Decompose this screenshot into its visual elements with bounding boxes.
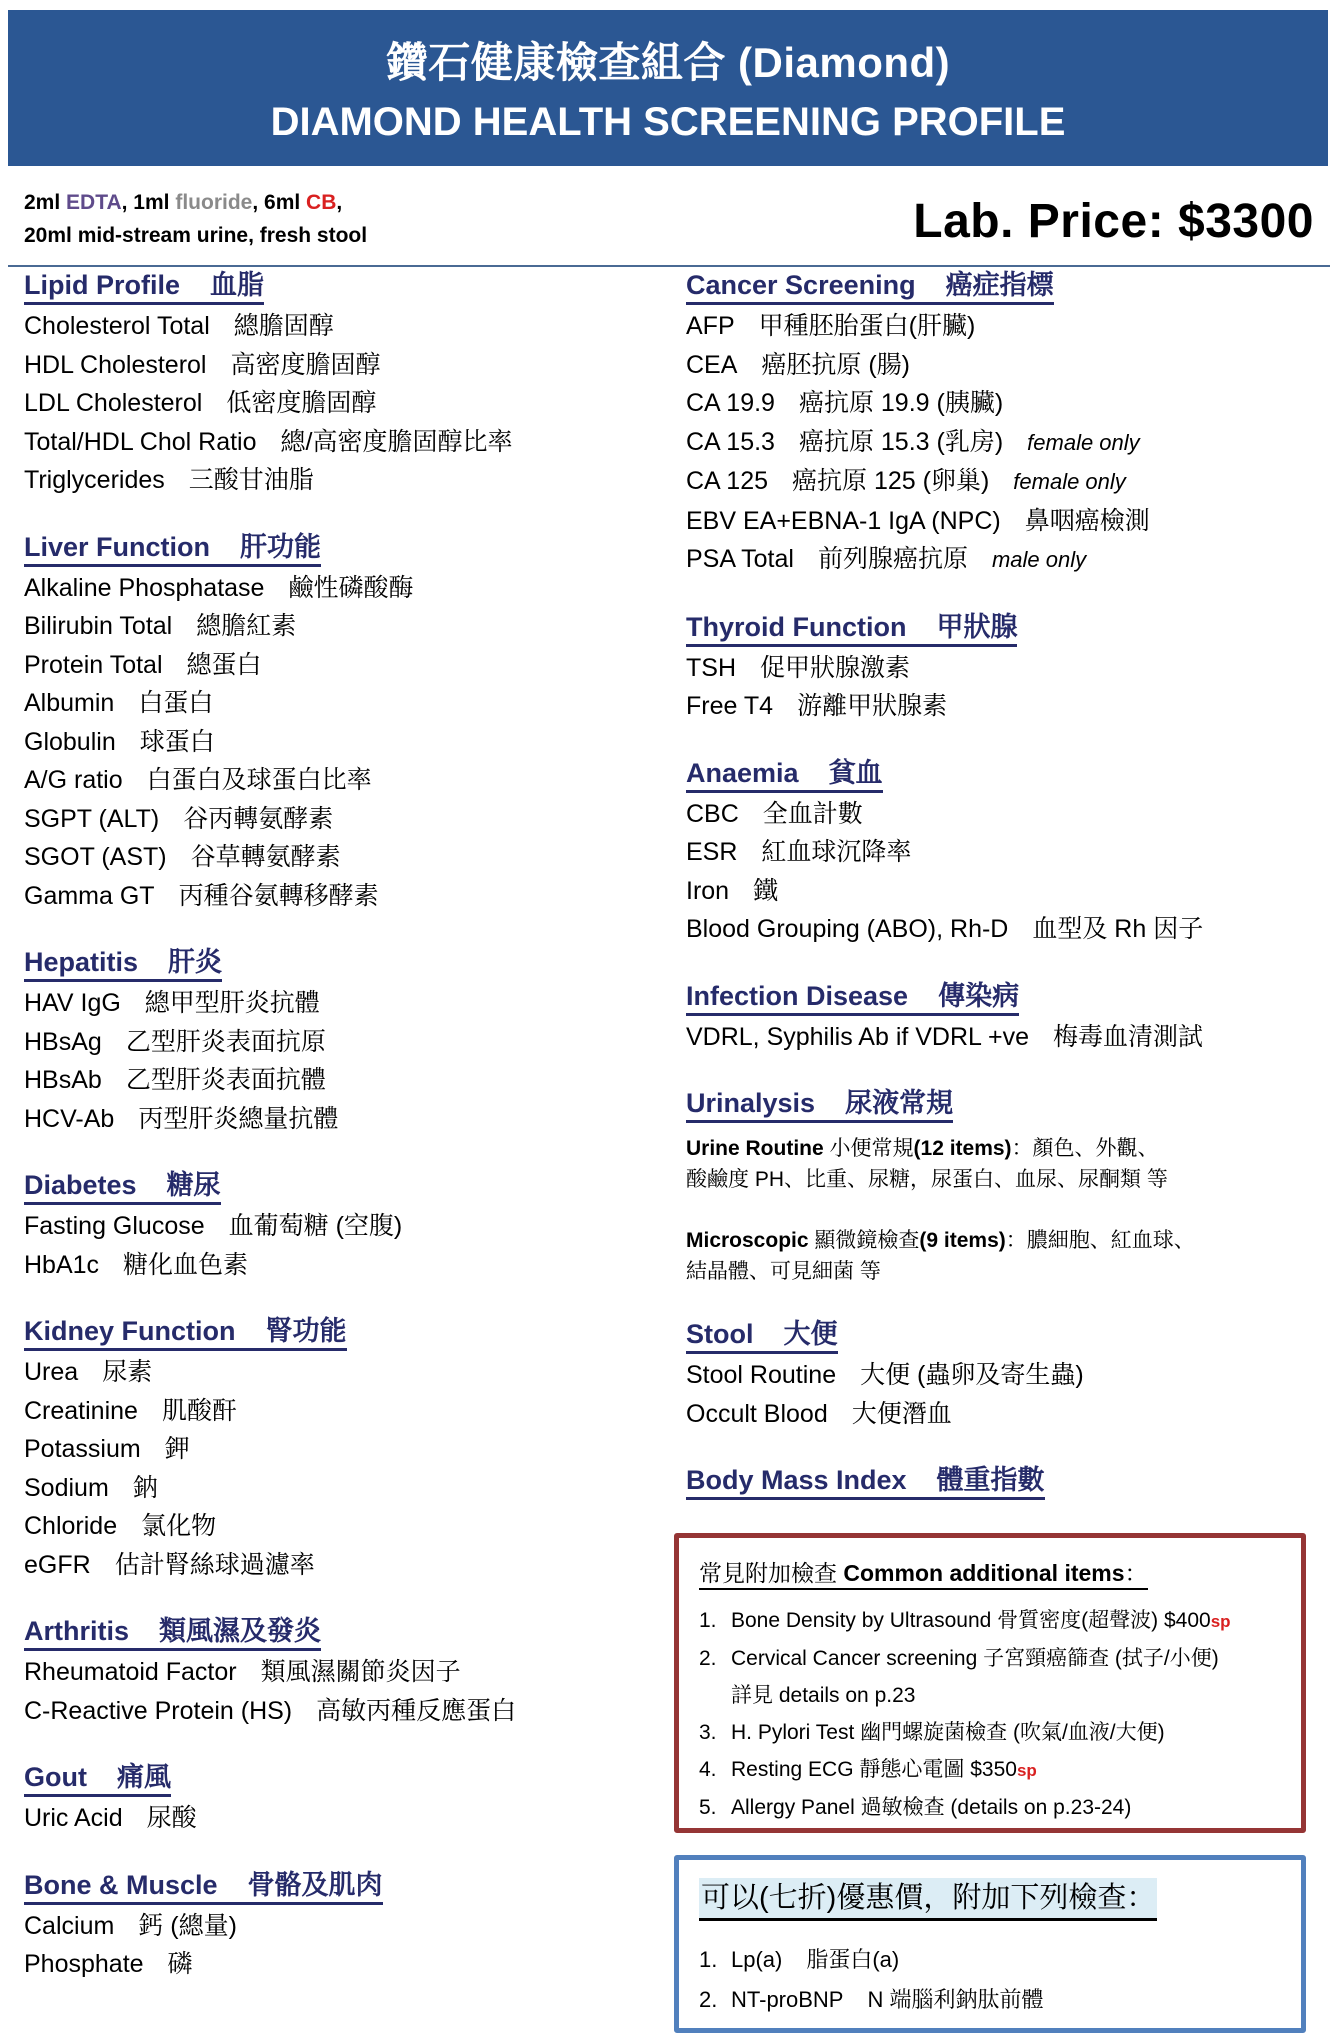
item-text: Resting ECG 靜態心電圖 $350 bbox=[731, 1758, 1017, 1781]
test-name-zh: 總蛋白 bbox=[187, 651, 262, 679]
specimen-line-1: 2ml EDTA, 1ml fluoride, 6ml CB, bbox=[24, 186, 367, 219]
item-name-en: NT-proBNP bbox=[731, 1980, 843, 2020]
section-title: Kidney Function腎功能 bbox=[24, 1314, 347, 1351]
item-number: 3. bbox=[699, 1714, 731, 1751]
section-lipid-profile: Lipid Profile血脂 Cholesterol Total總膽固醇 HD… bbox=[24, 268, 654, 500]
specimen-edta: EDTA bbox=[66, 191, 122, 214]
section-thyroid-function: Thyroid Function甲狀腺 TSH促甲狀腺激素 Free T4游離甲… bbox=[686, 610, 1326, 726]
section-title-zh: 血脂 bbox=[210, 270, 264, 300]
item-text: 詳見 details on p.23 bbox=[731, 1677, 915, 1714]
section-title: Cancer Screening癌症指標 bbox=[686, 268, 1054, 305]
test-name-en: HCV-Ab bbox=[24, 1105, 114, 1133]
test-item: Triglycerides三酸甘油脂 bbox=[24, 461, 654, 500]
specimen-requirements: 2ml EDTA, 1ml fluoride, 6ml CB, 20ml mid… bbox=[24, 186, 367, 252]
test-item: Uric Acid尿酸 bbox=[24, 1799, 654, 1838]
item-number: 2. bbox=[699, 1640, 731, 1677]
urine-microscopic: Microscopic 顯微鏡檢查(9 items)：膿細胞、紅血球、 結晶體、… bbox=[686, 1225, 1326, 1287]
section-anaemia: Anaemia貧血 CBC全血計數 ESR紅血球沉降率 Iron鐵 Blood … bbox=[686, 756, 1326, 949]
item-number: 4. bbox=[699, 1751, 731, 1789]
item-number: 1. bbox=[699, 1940, 731, 1980]
common-additional-list: 1.Bone Density by Ultrasound 骨質密度(超聲波) $… bbox=[699, 1602, 1289, 1826]
test-name-en: CA 15.3 bbox=[686, 428, 775, 456]
test-item: CA 19.9癌抗原 19.9 (胰臟) bbox=[686, 384, 1326, 423]
section-title: Lipid Profile血脂 bbox=[24, 268, 264, 305]
section-liver-function: Liver Function肝功能 Alkaline Phosphatase鹼性… bbox=[24, 530, 654, 916]
test-item: Protein Total總蛋白 bbox=[24, 646, 654, 685]
test-name-en: Chloride bbox=[24, 1512, 117, 1540]
test-name-zh: 紅血球沉降率 bbox=[761, 838, 911, 866]
item-number: 1. bbox=[699, 1602, 731, 1640]
test-name-zh: 鹼性磷酸酶 bbox=[288, 574, 413, 602]
test-item: CEA癌胚抗原 (腸) bbox=[686, 346, 1326, 385]
test-item: CA 15.3癌抗原 15.3 (乳房)female only bbox=[686, 423, 1326, 463]
test-name-zh: 癌抗原 125 (卵巢) bbox=[792, 467, 989, 495]
section-title: Stool大便 bbox=[686, 1317, 838, 1354]
section-title: Bone & Muscle骨骼及肌肉 bbox=[24, 1868, 383, 1905]
test-name-zh: 谷丙轉氨酵素 bbox=[183, 805, 333, 833]
section-title-zh: 骨骼及肌肉 bbox=[248, 1870, 383, 1900]
section-gout: Gout痛風 Uric Acid尿酸 bbox=[24, 1760, 654, 1838]
test-item: TSH促甲狀腺激素 bbox=[686, 649, 1326, 688]
test-name-zh: 白蛋白 bbox=[138, 689, 213, 717]
title-english: DIAMOND HEALTH SCREENING PROFILE bbox=[8, 100, 1328, 145]
section-hepatitis: Hepatitis肝炎 HAV IgG總甲型肝炎抗體 HBsAg乙型肝炎表面抗原… bbox=[24, 945, 654, 1138]
test-name-zh: 總/高密度膽固醇比率 bbox=[281, 428, 513, 456]
test-name-en: HAV IgG bbox=[24, 989, 121, 1017]
test-item: LDL Cholesterol低密度膽固醇 bbox=[24, 384, 654, 423]
test-item: Occult Blood大便潛血 bbox=[686, 1395, 1326, 1434]
test-name-zh: 血葡萄糖 (空腹) bbox=[229, 1212, 403, 1240]
test-name-zh: 鼻咽癌檢測 bbox=[1025, 507, 1150, 535]
section-title-zh: 肝炎 bbox=[168, 947, 222, 977]
test-name-en: Albumin bbox=[24, 689, 114, 717]
test-name-en: SGOT (AST) bbox=[24, 843, 167, 871]
test-name-zh: 癌抗原 15.3 (乳房) bbox=[799, 428, 1003, 456]
section-title: Anaemia貧血 bbox=[686, 756, 883, 793]
test-name-en: ESR bbox=[686, 838, 737, 866]
section-bone-muscle: Bone & Muscle骨骼及肌肉 Calcium鈣 (總量) Phospha… bbox=[24, 1868, 654, 1984]
section-title-en: Diabetes bbox=[24, 1170, 137, 1200]
test-item: Bilirubin Total總膽紅素 bbox=[24, 607, 654, 646]
test-name-zh: 總膽紅素 bbox=[196, 612, 296, 640]
test-name-en: Protein Total bbox=[24, 651, 163, 679]
section-title-en: Infection Disease bbox=[686, 981, 908, 1011]
section-title: Urinalysis尿液常規 bbox=[686, 1086, 953, 1123]
test-name-en: LDL Cholesterol bbox=[24, 389, 202, 417]
item-text: Allergy Panel 過敏檢查 (details on p.23-24) bbox=[731, 1789, 1131, 1826]
section-title-zh: 痛風 bbox=[117, 1762, 171, 1792]
test-name-zh: 全血計數 bbox=[763, 800, 863, 828]
section-title-zh: 糖尿 bbox=[167, 1170, 221, 1200]
test-name-en: Occult Blood bbox=[686, 1400, 828, 1428]
test-name-zh: 大便 (蟲卵及寄生蟲) bbox=[860, 1361, 1084, 1389]
colon: ： bbox=[1125, 1560, 1148, 1586]
section-title-zh: 尿液常規 bbox=[845, 1088, 953, 1118]
test-name-en: HbA1c bbox=[24, 1251, 99, 1279]
item-text: Bone Density by Ultrasound 骨質密度(超聲波) $40… bbox=[731, 1609, 1211, 1632]
test-item: EBV EA+EBNA-1 IgA (NPC)鼻咽癌檢測 bbox=[686, 502, 1326, 541]
test-item: A/G ratio白蛋白及球蛋白比率 bbox=[24, 761, 654, 800]
test-item: PSA Total前列腺癌抗原male only bbox=[686, 540, 1326, 580]
section-title: Diabetes糖尿 bbox=[24, 1168, 221, 1205]
specimen-cb: CB bbox=[306, 191, 336, 214]
specimen-fluoride: fluoride bbox=[175, 191, 252, 214]
test-item: HBsAb乙型肝炎表面抗體 bbox=[24, 1061, 654, 1100]
test-name-zh: 總膽固醇 bbox=[234, 312, 334, 340]
test-name-zh: 丙種谷氨轉移酵素 bbox=[179, 882, 379, 910]
test-name-zh: 三酸甘油脂 bbox=[189, 466, 314, 494]
test-name-en: CA 19.9 bbox=[686, 389, 775, 417]
test-name-zh: 糖化血色素 bbox=[123, 1251, 248, 1279]
title-banner: 鑽石健康檢查組合 (Diamond) DIAMOND HEALTH SCREEN… bbox=[8, 10, 1328, 166]
test-item: Potassium鉀 bbox=[24, 1430, 654, 1469]
section-cancer-screening: Cancer Screening癌症指標 AFP甲種胚胎蛋白(肝臟) CEA癌胚… bbox=[686, 268, 1326, 580]
test-name-en: CA 125 bbox=[686, 467, 768, 495]
urine-routine-line-2: 酸鹼度 PH、比重、尿糖，尿蛋白、血尿、尿酮類 等 bbox=[686, 1164, 1326, 1195]
test-item: Alkaline Phosphatase鹼性磷酸酶 bbox=[24, 569, 654, 608]
section-urinalysis: Urinalysis尿液常規 Urine Routine 小便常規(12 ite… bbox=[686, 1086, 1326, 1287]
test-item: Albumin白蛋白 bbox=[24, 684, 654, 723]
test-item: Iron鐵 bbox=[686, 872, 1326, 911]
test-name-zh: 高密度膽固醇 bbox=[230, 351, 380, 379]
test-name-zh: 梅毒血清測試 bbox=[1053, 1023, 1203, 1051]
test-name-en: AFP bbox=[686, 312, 735, 340]
common-additional-items-box: 常見附加檢查 Common additional items： 1.Bone D… bbox=[674, 1533, 1306, 1833]
test-name-en: HDL Cholesterol bbox=[24, 351, 206, 379]
additional-item: 5.Allergy Panel 過敏檢查 (details on p.23-24… bbox=[699, 1789, 1289, 1826]
test-item: Phosphate磷 bbox=[24, 1945, 654, 1984]
urine-routine-label-zh: 小便常規 bbox=[824, 1137, 914, 1160]
test-name-zh: 類風濕關節炎因子 bbox=[261, 1658, 461, 1686]
common-additional-title-zh: 常見附加檢查 bbox=[699, 1560, 837, 1586]
section-infection-disease: Infection Disease傳染病 VDRL, Syphilis Ab i… bbox=[686, 979, 1326, 1057]
test-item: Total/HDL Chol Ratio總/高密度膽固醇比率 bbox=[24, 423, 654, 462]
test-name-en: CBC bbox=[686, 800, 739, 828]
section-title-en: Anaemia bbox=[686, 758, 799, 788]
section-title: Gout痛風 bbox=[24, 1760, 171, 1797]
common-additional-title-en: Common additional items bbox=[837, 1560, 1125, 1586]
gender-note: male only bbox=[992, 547, 1086, 572]
urine-routine-list: ：顏色、外觀、 bbox=[1012, 1137, 1159, 1160]
header-divider bbox=[8, 265, 1330, 267]
additional-item: 2.Cervical Cancer screening 子宮頸癌篩查 (拭子/小… bbox=[699, 1640, 1289, 1677]
test-name-en: Stool Routine bbox=[686, 1361, 836, 1389]
test-item: SGOT (AST)谷草轉氨酵素 bbox=[24, 838, 654, 877]
section-title: Body Mass Index體重指數 bbox=[686, 1463, 1045, 1500]
test-name-en: Rheumatoid Factor bbox=[24, 1658, 237, 1686]
test-item: Globulin球蛋白 bbox=[24, 723, 654, 762]
item-name-en: Lp(a) bbox=[731, 1940, 782, 1980]
special-price-marker: sp bbox=[1211, 1612, 1231, 1631]
test-name-en: VDRL, Syphilis Ab if VDRL +ve bbox=[686, 1023, 1029, 1051]
section-title-en: Stool bbox=[686, 1319, 754, 1349]
section-title: Arthritis類風濕及發炎 bbox=[24, 1614, 321, 1651]
section-title-zh: 貧血 bbox=[829, 758, 883, 788]
test-name-zh: 前列腺癌抗原 bbox=[818, 545, 968, 573]
section-title: Hepatitis肝炎 bbox=[24, 945, 222, 982]
test-item: Fasting Glucose血葡萄糖 (空腹) bbox=[24, 1207, 654, 1246]
test-name-en: Bilirubin Total bbox=[24, 612, 172, 640]
additional-item-continuation: 詳見 details on p.23 bbox=[699, 1677, 1289, 1714]
test-name-en: SGPT (ALT) bbox=[24, 805, 159, 833]
test-item: HAV IgG總甲型肝炎抗體 bbox=[24, 984, 654, 1023]
test-name-zh: 谷草轉氨酵素 bbox=[191, 843, 341, 871]
test-item: Sodium鈉 bbox=[24, 1469, 654, 1508]
additional-item: 1.Bone Density by Ultrasound 骨質密度(超聲波) $… bbox=[699, 1602, 1289, 1640]
section-title-en: Urinalysis bbox=[686, 1088, 815, 1118]
test-item: HbA1c糖化血色素 bbox=[24, 1246, 654, 1285]
section-title-en: Kidney Function bbox=[24, 1316, 236, 1346]
section-title-zh: 傳染病 bbox=[938, 981, 1019, 1011]
test-name-en: Triglycerides bbox=[24, 466, 165, 494]
microscopic-label: Microscopic bbox=[686, 1229, 809, 1252]
test-name-en: Blood Grouping (ABO), Rh-D bbox=[686, 915, 1008, 943]
right-column: Cancer Screening癌症指標 AFP甲種胚胎蛋白(肝臟) CEA癌胚… bbox=[686, 268, 1326, 1532]
test-item: Chloride氯化物 bbox=[24, 1507, 654, 1546]
test-name-en: Cholesterol Total bbox=[24, 312, 210, 340]
specimen-text: , 1ml bbox=[122, 191, 176, 214]
test-name-en: Fasting Glucose bbox=[24, 1212, 205, 1240]
test-name-zh: 高敏丙種反應蛋白 bbox=[316, 1697, 516, 1725]
test-name-en: HBsAb bbox=[24, 1066, 102, 1094]
specimen-text: , bbox=[336, 191, 342, 214]
test-name-zh: 低密度膽固醇 bbox=[226, 389, 376, 417]
test-name-zh: 甲種胚胎蛋白(肝臟) bbox=[759, 312, 976, 340]
section-title-zh: 體重指數 bbox=[937, 1465, 1045, 1495]
test-name-zh: 尿酸 bbox=[147, 1804, 197, 1832]
test-name-en: CEA bbox=[686, 351, 737, 379]
section-title-en: Lipid Profile bbox=[24, 270, 180, 300]
test-name-en: TSH bbox=[686, 654, 736, 682]
discount-addon-title: 可以(七折)優惠價，附加下列檢查： bbox=[699, 1878, 1157, 1921]
test-item: HCV-Ab丙型肝炎總量抗體 bbox=[24, 1100, 654, 1139]
section-title-en: Arthritis bbox=[24, 1616, 129, 1646]
urine-routine-count: (12 items) bbox=[914, 1137, 1012, 1160]
test-item: Gamma GT丙種谷氨轉移酵素 bbox=[24, 877, 654, 916]
test-name-en: Total/HDL Chol Ratio bbox=[24, 428, 257, 456]
test-name-en: HBsAg bbox=[24, 1028, 102, 1056]
title-chinese: 鑽石健康檢查組合 (Diamond) bbox=[8, 30, 1328, 90]
test-name-zh: 磷 bbox=[168, 1950, 193, 1978]
test-item: Blood Grouping (ABO), Rh-D血型及 Rh 因子 bbox=[686, 910, 1326, 949]
test-name-en: Free T4 bbox=[686, 692, 773, 720]
test-item: Rheumatoid Factor類風濕關節炎因子 bbox=[24, 1653, 654, 1692]
test-name-en: A/G ratio bbox=[24, 766, 123, 794]
test-name-en: Uric Acid bbox=[24, 1804, 123, 1832]
test-item: HBsAg乙型肝炎表面抗原 bbox=[24, 1023, 654, 1062]
section-title-en: Thyroid Function bbox=[686, 612, 906, 642]
test-name-zh: 癌抗原 19.9 (胰臟) bbox=[799, 389, 1003, 417]
microscopic-list: ：膿細胞、紅血球、 bbox=[1006, 1229, 1195, 1252]
test-name-en: EBV EA+EBNA-1 IgA (NPC) bbox=[686, 507, 1001, 535]
item-text: Cervical Cancer screening 子宮頸癌篩查 (拭子/小便) bbox=[731, 1640, 1219, 1677]
urine-routine: Urine Routine 小便常規(12 items)：顏色、外觀、 酸鹼度 … bbox=[686, 1133, 1326, 1195]
specimen-line-2: 20ml mid-stream urine, fresh stool bbox=[24, 219, 367, 252]
section-title-zh: 甲狀腺 bbox=[936, 612, 1017, 642]
test-name-zh: 血型及 Rh 因子 bbox=[1032, 915, 1203, 943]
test-name-zh: 游離甲狀腺素 bbox=[797, 692, 947, 720]
test-item: Stool Routine大便 (蟲卵及寄生蟲) bbox=[686, 1356, 1326, 1395]
test-item: Creatinine肌酸酐 bbox=[24, 1392, 654, 1431]
special-price-marker: sp bbox=[1017, 1761, 1037, 1780]
section-title-zh: 類風濕及發炎 bbox=[159, 1616, 321, 1646]
left-column: Lipid Profile血脂 Cholesterol Total總膽固醇 HD… bbox=[24, 268, 654, 2014]
test-name-zh: 乙型肝炎表面抗原 bbox=[126, 1028, 326, 1056]
test-item: SGPT (ALT)谷丙轉氨酵素 bbox=[24, 800, 654, 839]
test-name-zh: 促甲狀腺激素 bbox=[760, 654, 910, 682]
urine-microscopic-line-2: 結晶體、可見細菌 等 bbox=[686, 1256, 1326, 1287]
specimen-text: , 6ml bbox=[252, 191, 306, 214]
gender-note: female only bbox=[1013, 469, 1126, 494]
item-name-zh: N 端腦利鈉肽前體 bbox=[867, 1980, 1043, 2020]
test-item: Free T4游離甲狀腺素 bbox=[686, 687, 1326, 726]
test-item: Urea尿素 bbox=[24, 1353, 654, 1392]
item-name-zh: 脂蛋白(a) bbox=[806, 1940, 899, 1980]
test-name-en: Iron bbox=[686, 877, 729, 905]
test-name-zh: 尿素 bbox=[102, 1358, 152, 1386]
item-number: 5. bbox=[699, 1789, 731, 1826]
section-title-en: Body Mass Index bbox=[686, 1465, 907, 1495]
specimen-text: 2ml bbox=[24, 191, 66, 214]
item-number: 2. bbox=[699, 1980, 731, 2020]
test-name-en: PSA Total bbox=[686, 545, 794, 573]
section-title-zh: 肝功能 bbox=[240, 532, 321, 562]
test-name-zh: 鉀 bbox=[165, 1435, 190, 1463]
test-name-en: Phosphate bbox=[24, 1950, 144, 1978]
section-title-zh: 腎功能 bbox=[266, 1316, 347, 1346]
test-name-zh: 丙型肝炎總量抗體 bbox=[138, 1105, 338, 1133]
section-arthritis: Arthritis類風濕及發炎 Rheumatoid Factor類風濕關節炎因… bbox=[24, 1614, 654, 1730]
test-name-en: Gamma GT bbox=[24, 882, 155, 910]
section-bmi: Body Mass Index體重指數 bbox=[686, 1463, 1326, 1502]
test-name-en: Creatinine bbox=[24, 1397, 138, 1425]
lab-price: Lab. Price: $3300 bbox=[913, 194, 1314, 249]
test-item: Cholesterol Total總膽固醇 bbox=[24, 307, 654, 346]
section-title-zh: 癌症指標 bbox=[946, 270, 1054, 300]
urine-routine-label: Urine Routine bbox=[686, 1137, 824, 1160]
discount-addon-box: 可以(七折)優惠價，附加下列檢查： 1.Lp(a)脂蛋白(a) 2.NT-pro… bbox=[674, 1855, 1306, 2033]
test-name-zh: 鈉 bbox=[133, 1474, 158, 1502]
section-title-zh: 大便 bbox=[784, 1319, 838, 1349]
test-name-en: Urea bbox=[24, 1358, 78, 1386]
section-title: Infection Disease傳染病 bbox=[686, 979, 1019, 1016]
test-name-en: Sodium bbox=[24, 1474, 109, 1502]
test-item: HDL Cholesterol高密度膽固醇 bbox=[24, 346, 654, 385]
additional-item: 3.H. Pylori Test 幽門螺旋菌檢查 (吹氣/血液/大便) bbox=[699, 1714, 1289, 1751]
test-item: VDRL, Syphilis Ab if VDRL +ve梅毒血清測試 bbox=[686, 1018, 1326, 1057]
section-title-en: Liver Function bbox=[24, 532, 210, 562]
section-diabetes: Diabetes糖尿 Fasting Glucose血葡萄糖 (空腹) HbA1… bbox=[24, 1168, 654, 1284]
test-name-en: Alkaline Phosphatase bbox=[24, 574, 264, 602]
test-name-zh: 癌胚抗原 (腸) bbox=[761, 351, 910, 379]
section-kidney-function: Kidney Function腎功能 Urea尿素 Creatinine肌酸酐 … bbox=[24, 1314, 654, 1584]
test-name-en: Calcium bbox=[24, 1912, 114, 1940]
test-item: C-Reactive Protein (HS)高敏丙種反應蛋白 bbox=[24, 1692, 654, 1731]
test-name-zh: 總甲型肝炎抗體 bbox=[145, 989, 320, 1017]
test-item: Calcium鈣 (總量) bbox=[24, 1907, 654, 1946]
test-item: ESR紅血球沉降率 bbox=[686, 833, 1326, 872]
section-title-en: Cancer Screening bbox=[686, 270, 916, 300]
test-name-zh: 鈣 (總量) bbox=[138, 1912, 237, 1940]
section-title: Thyroid Function甲狀腺 bbox=[686, 610, 1017, 647]
common-additional-title: 常見附加檢查 Common additional items： bbox=[699, 1558, 1148, 1590]
section-title-en: Bone & Muscle bbox=[24, 1870, 218, 1900]
test-name-en: Potassium bbox=[24, 1435, 141, 1463]
test-item: CA 125癌抗原 125 (卵巢)female only bbox=[686, 462, 1326, 502]
test-item: eGFR估計腎絲球過濾率 bbox=[24, 1546, 654, 1585]
test-name-zh: 白蛋白及球蛋白比率 bbox=[147, 766, 372, 794]
section-title: Liver Function肝功能 bbox=[24, 530, 321, 567]
test-item: CBC全血計數 bbox=[686, 795, 1326, 834]
test-name-en: C-Reactive Protein (HS) bbox=[24, 1697, 292, 1725]
section-title-en: Hepatitis bbox=[24, 947, 138, 977]
urinalysis-details: Urine Routine 小便常規(12 items)：顏色、外觀、 酸鹼度 … bbox=[686, 1133, 1326, 1287]
item-number bbox=[699, 1677, 731, 1714]
test-name-zh: 鐵 bbox=[753, 877, 778, 905]
test-name-zh: 乙型肝炎表面抗體 bbox=[126, 1066, 326, 1094]
section-stool: Stool大便 Stool Routine大便 (蟲卵及寄生蟲) Occult … bbox=[686, 1317, 1326, 1433]
item-text: H. Pylori Test 幽門螺旋菌檢查 (吹氣/血液/大便) bbox=[731, 1714, 1165, 1751]
test-name-en: eGFR bbox=[24, 1551, 91, 1579]
microscopic-label-zh: 顯微鏡檢查 bbox=[809, 1229, 920, 1252]
urine-microscopic-line-1: Microscopic 顯微鏡檢查(9 items)：膿細胞、紅血球、 bbox=[686, 1225, 1326, 1256]
test-name-zh: 氯化物 bbox=[141, 1512, 216, 1540]
urine-routine-line-1: Urine Routine 小便常規(12 items)：顏色、外觀、 bbox=[686, 1133, 1326, 1164]
test-name-zh: 肌酸酐 bbox=[162, 1397, 237, 1425]
test-name-zh: 估計腎絲球過濾率 bbox=[115, 1551, 315, 1579]
microscopic-count: (9 items) bbox=[919, 1229, 1005, 1252]
discount-addon-list: 1.Lp(a)脂蛋白(a) 2.NT-proBNPN 端腦利鈉肽前體 bbox=[699, 1940, 1044, 2020]
additional-item: 4.Resting ECG 靜態心電圖 $350sp bbox=[699, 1751, 1289, 1789]
addon-item: 2.NT-proBNPN 端腦利鈉肽前體 bbox=[699, 1980, 1044, 2020]
section-title-en: Gout bbox=[24, 1762, 87, 1792]
test-name-zh: 大便潛血 bbox=[852, 1400, 952, 1428]
addon-item: 1.Lp(a)脂蛋白(a) bbox=[699, 1940, 1044, 1980]
test-name-zh: 球蛋白 bbox=[140, 728, 215, 756]
test-name-en: Globulin bbox=[24, 728, 116, 756]
test-item: AFP甲種胚胎蛋白(肝臟) bbox=[686, 307, 1326, 346]
gender-note: female only bbox=[1027, 430, 1140, 455]
